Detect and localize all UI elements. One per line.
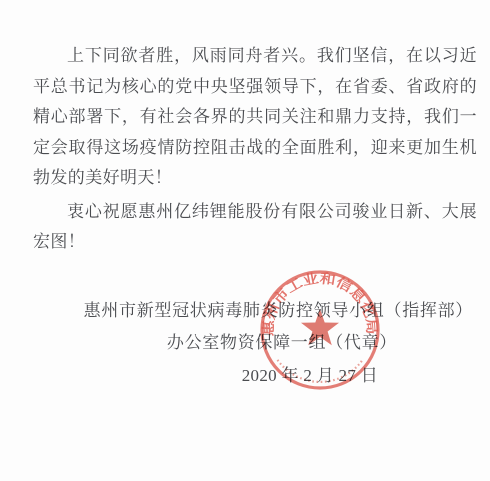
signature-office-line: 办公室物资保障一组（代章） <box>167 333 397 353</box>
letter-page: 上下同欲者胜，风雨同舟者兴。我们坚信，在以习近平总书记为核心的党中央坚强领导下，… <box>0 0 490 481</box>
letter-body: 上下同欲者胜，风雨同舟者兴。我们坚信，在以习近平总书记为核心的党中央坚强领导下，… <box>33 41 477 258</box>
signature-date: 2020 年 2 月 27 日 <box>242 366 378 386</box>
paragraph-2: 衷心祝愿惠州亿纬锂能股份有限公司骏业日新、大展宏图！ <box>33 197 477 258</box>
paragraph-1: 上下同欲者胜，风雨同舟者兴。我们坚信，在以习近平总书记为核心的党中央坚强领导下，… <box>33 41 477 194</box>
signature-org-line: 惠州市新型冠状病毒肺炎防控领导小组（指挥部） <box>84 301 473 321</box>
